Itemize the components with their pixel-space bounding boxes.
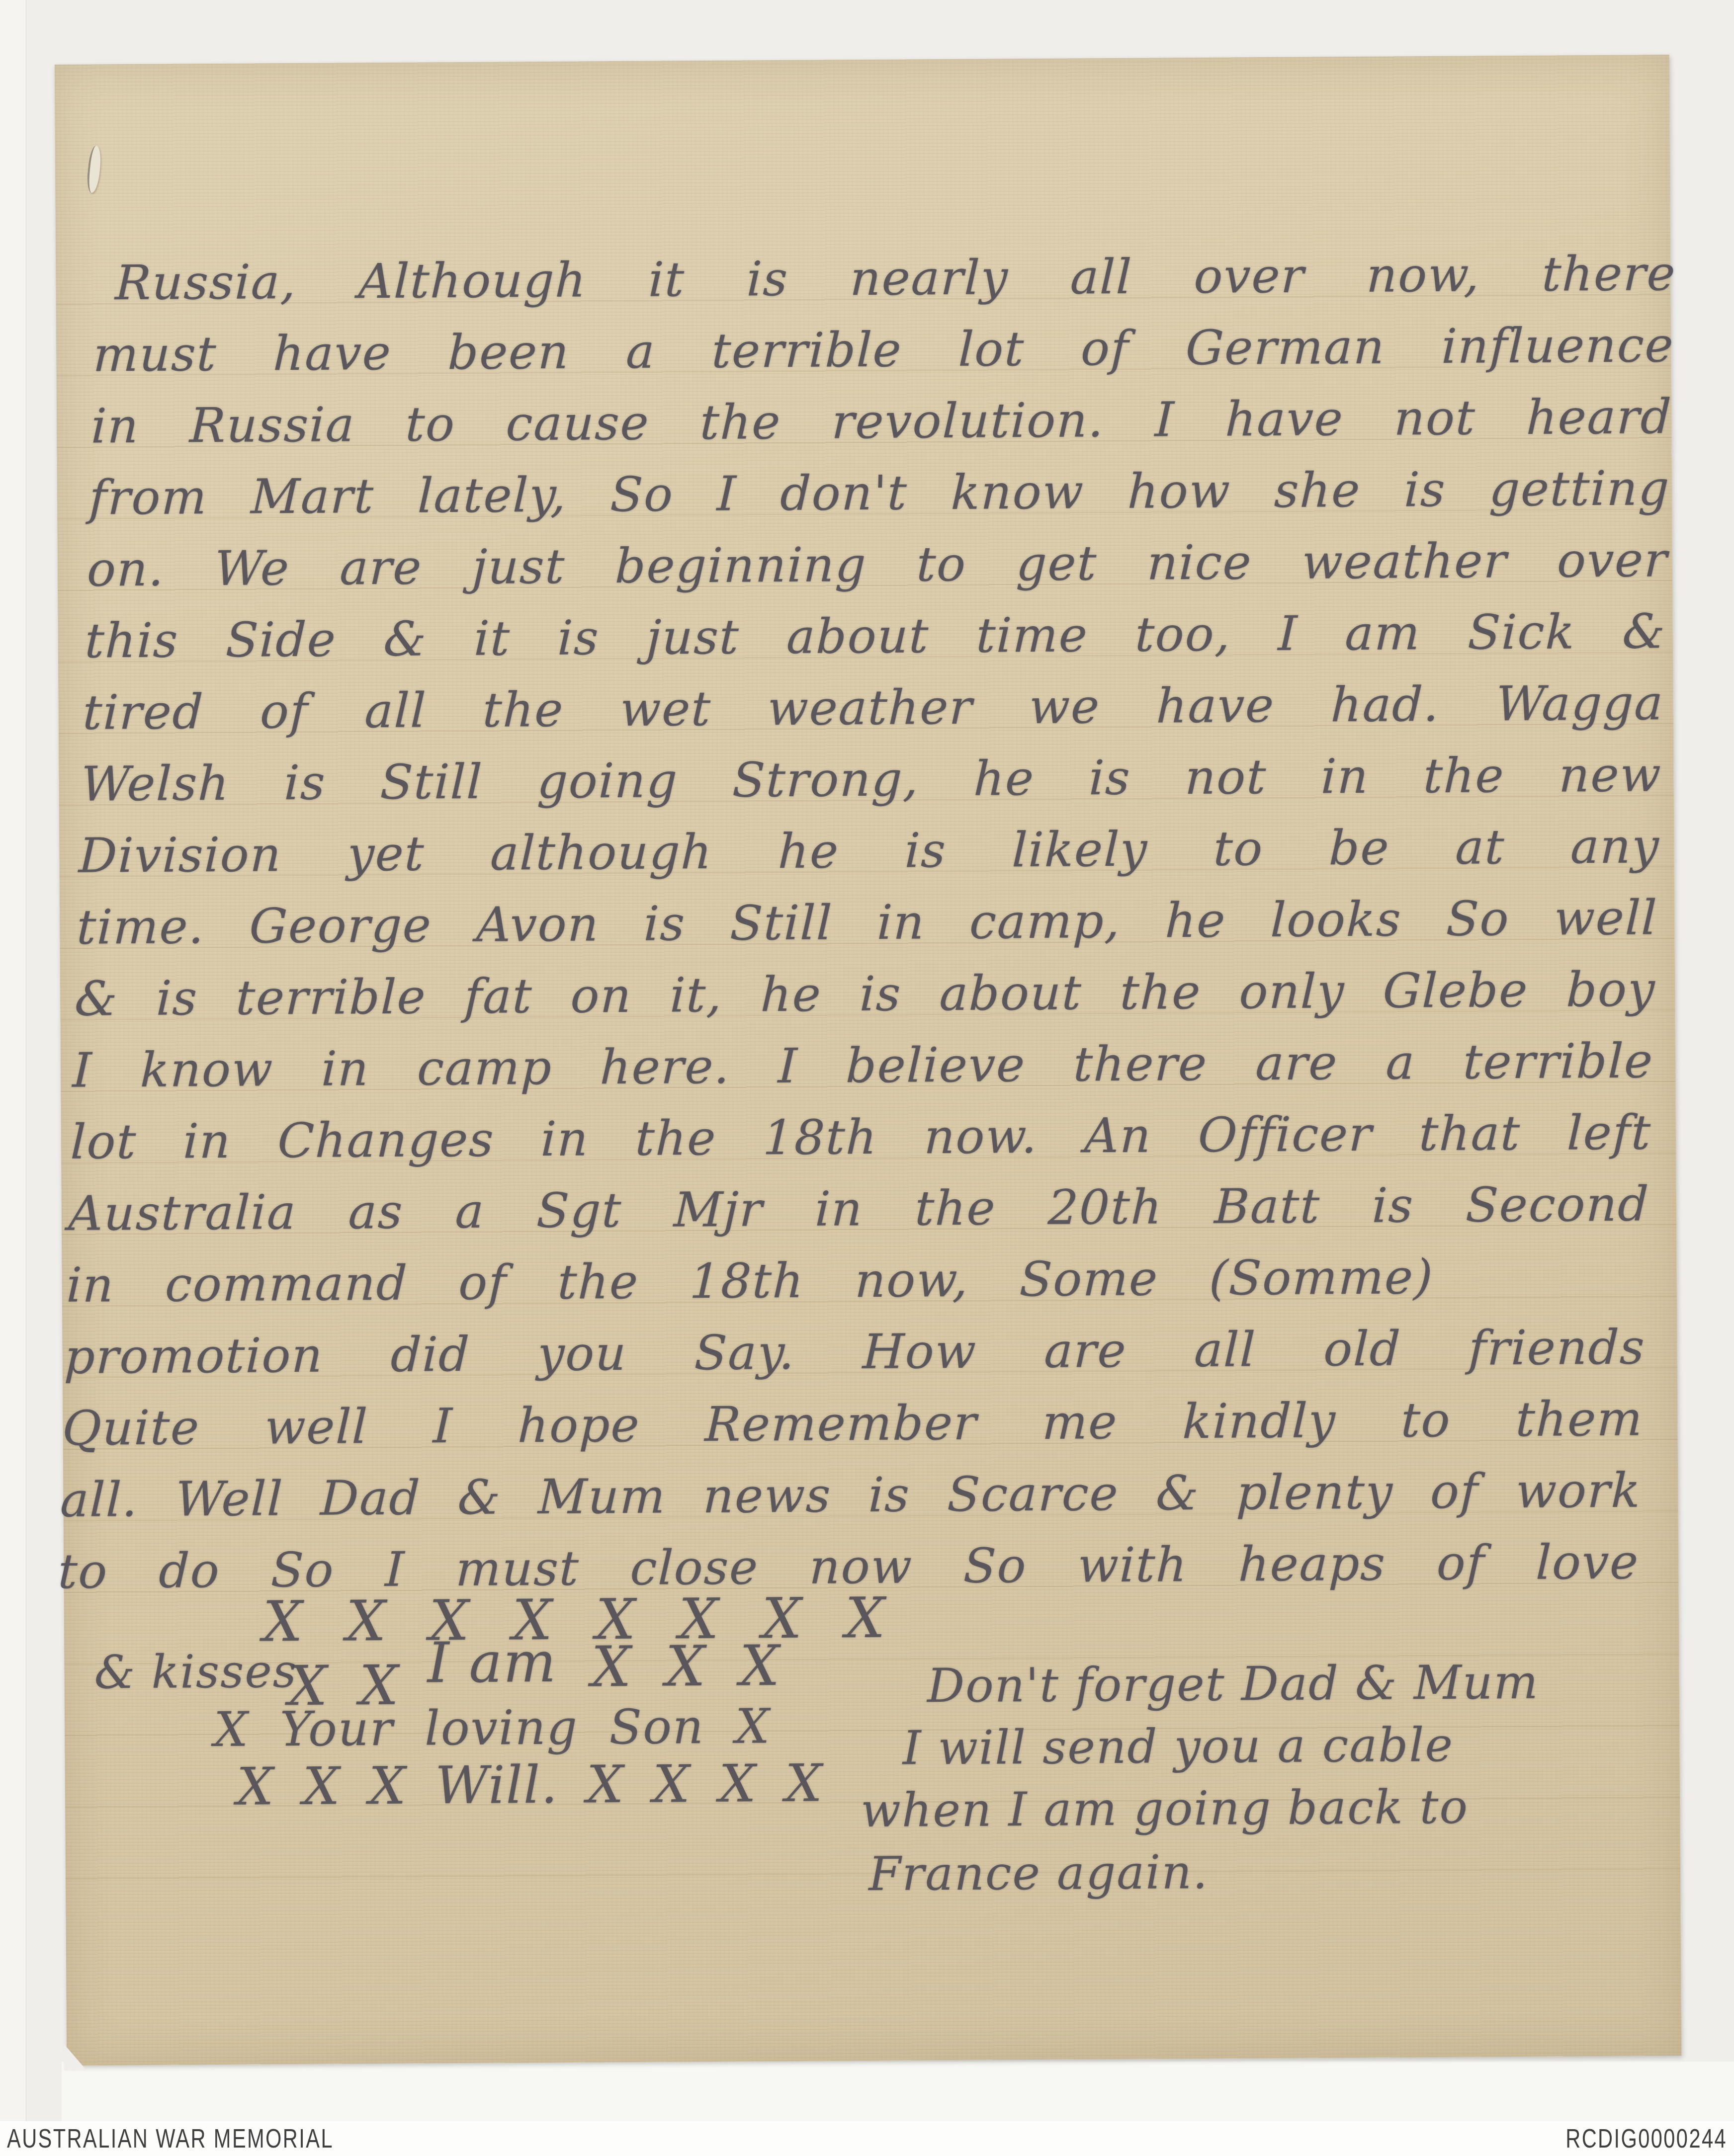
footer-archive-label: AUSTRALIAN WAR MEMORIAL: [7, 2123, 334, 2154]
letter-line: must have been a terrible lot of German …: [92, 309, 1675, 390]
letter-line: on. We are just beginning to get nice we…: [86, 524, 1669, 605]
letter-line: Russia, Although it is nearly all over n…: [94, 238, 1677, 319]
loving-son-line: X Your loving Son X: [214, 1700, 771, 1756]
letter-line: all. Well Dad & Mum news is Scarce & ple…: [59, 1455, 1642, 1536]
letter-paper: Russia, Although it is nearly all over n…: [55, 55, 1682, 2066]
folded-corner: [64, 2044, 87, 2071]
letter-line: & is terrible fat on it, he is about the…: [74, 953, 1656, 1034]
scanner-backing: [62, 2062, 1734, 2121]
postscript-line: I will send you a cable: [902, 1720, 1454, 1774]
postscript-line: when I am going back to: [861, 1782, 1469, 1837]
letter-line: Quite well I hope Remember me kindly to …: [61, 1383, 1644, 1464]
letter-line: Welsh is Still going Strong, he is not i…: [80, 739, 1663, 820]
letter-line: this Side & it is just about time too, I…: [84, 595, 1667, 676]
kisses-label: & kisses: [94, 1646, 297, 1698]
letter-line: Australia as a Sgt Mjr in the 20th Batt …: [68, 1168, 1650, 1249]
i-am-flourish: I am: [427, 1632, 557, 1694]
kisses-x-cluster: X X X: [591, 1636, 780, 1698]
letter-line: in command of the 18th now, Some (Somme): [66, 1240, 1648, 1321]
scan-edge-strip: [0, 0, 26, 2121]
footer-bar: AUSTRALIAN WAR MEMORIAL RCDIG0000244: [0, 2121, 1734, 2156]
letter-line: I know in camp here. I believe there are…: [72, 1025, 1654, 1106]
paper-tear-mark: [86, 145, 102, 194]
letter-line: time. George Avon is Still in camp, he l…: [76, 882, 1658, 963]
letter-line: in Russia to cause the revolution. I hav…: [90, 381, 1673, 462]
postscript-line: Don't forget Dad & Mum: [927, 1657, 1539, 1712]
signature-name-line: X X X Will. X X X X: [237, 1755, 823, 1816]
letter-line: promotion did you Say. How are all old f…: [63, 1311, 1646, 1392]
letter-line: Division yet although he is likely to be…: [78, 810, 1660, 891]
postscript-line: France again.: [868, 1847, 1209, 1901]
letter-line: lot in Changes in the 18th now. An Offic…: [70, 1096, 1652, 1177]
footer-reference-id: RCDIG0000244: [1565, 2123, 1727, 2154]
letter-line: tired of all the wet weather we have had…: [82, 667, 1665, 748]
letter-line: from Mart lately, So I don't know how sh…: [88, 452, 1671, 533]
letter-body: Russia, Although it is nearly all over n…: [57, 238, 1677, 1607]
kisses-x-row: X X X X X X X X: [263, 1588, 886, 1653]
